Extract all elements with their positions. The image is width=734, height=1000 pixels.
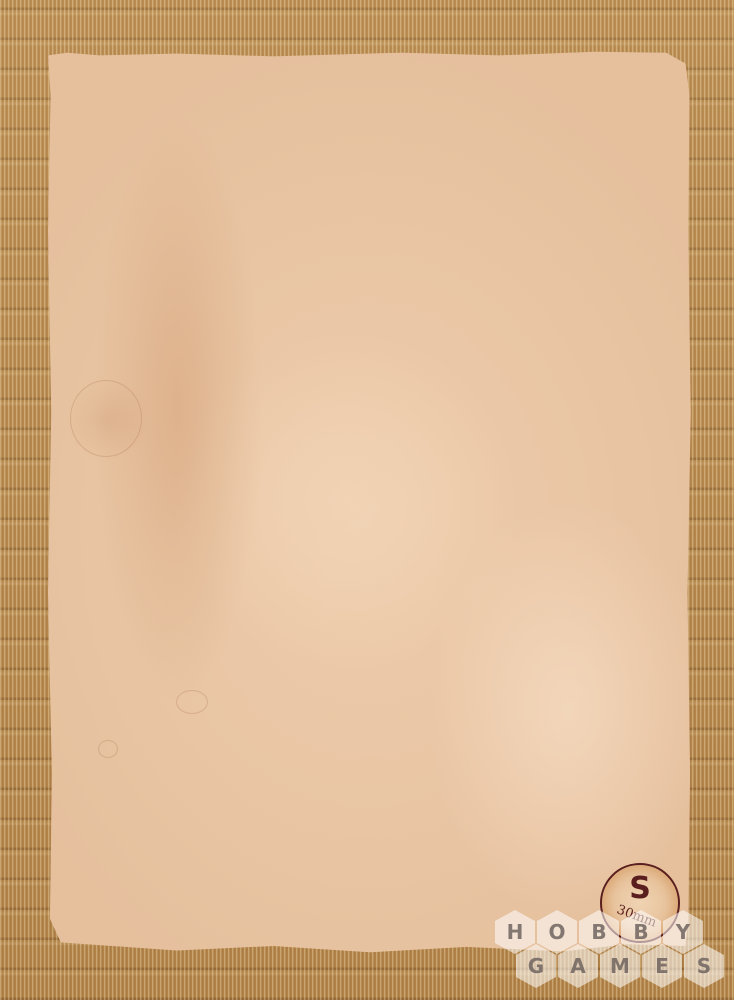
tea-stain-ring xyxy=(176,690,208,714)
watermark-letter: A xyxy=(558,944,598,988)
watermark-letter: G xyxy=(516,944,556,988)
watermark-letter: E xyxy=(642,944,682,988)
stamp-letter: S xyxy=(602,871,678,906)
hobby-games-watermark: H O B B Y G A M E S xyxy=(495,910,734,1000)
watermark-letter: S xyxy=(684,944,724,988)
tea-stain-ring xyxy=(98,740,118,758)
aged-paper-card xyxy=(48,50,692,955)
tea-stain-ring xyxy=(70,380,142,457)
watermark-row-games: G A M E S xyxy=(516,944,724,988)
watermark-letter: M xyxy=(600,944,640,988)
